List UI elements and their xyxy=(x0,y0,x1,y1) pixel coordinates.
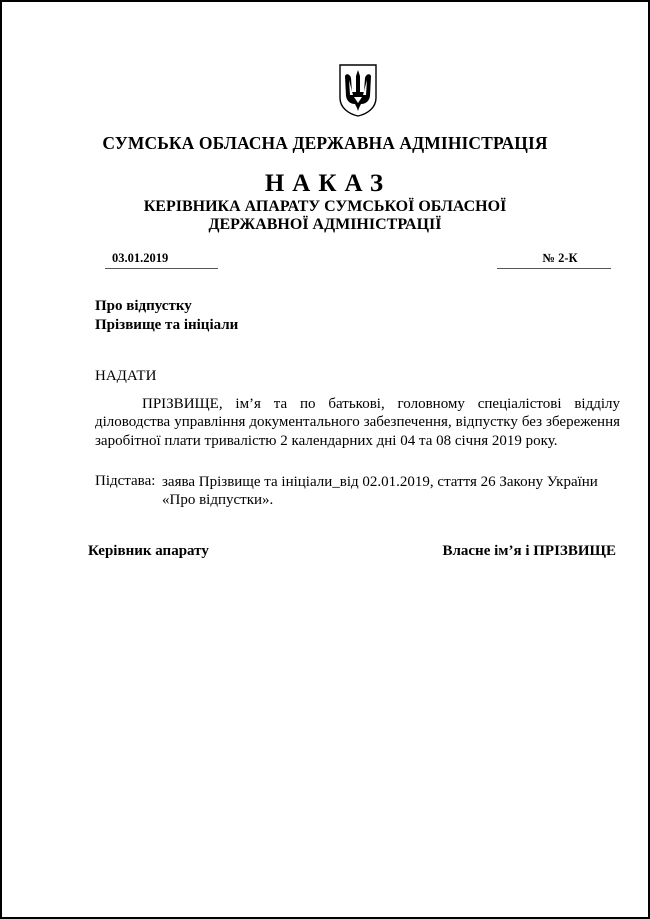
date-field: 03.01.2019 xyxy=(105,251,218,269)
document-page: СУМСЬКА ОБЛАСНА ДЕРЖАВНА АДМІНІСТРАЦІЯ Н… xyxy=(0,0,650,919)
trident-emblem-icon xyxy=(337,62,379,118)
basis-text: заява Прізвище та ініціали_від 02.01.201… xyxy=(162,473,621,510)
basis-label: Підстава: xyxy=(95,473,155,490)
document-type-title: НАКАЗ xyxy=(2,170,648,198)
organization-title: СУМСЬКА ОБЛАСНА ДЕРЖАВНА АДМІНІСТРАЦІЯ xyxy=(2,133,648,154)
signatory-role: Керівник апарату xyxy=(88,543,209,560)
subject-line-1: Про відпустку xyxy=(95,298,192,315)
order-paragraph: ПРІЗВИЩЕ, ім’я та по батькові, головному… xyxy=(95,395,620,450)
document-date: 03.01.2019 xyxy=(112,251,168,266)
number-field: № 2-К xyxy=(497,251,611,269)
document-number: № 2-К xyxy=(497,251,611,266)
issuer-line-2: ДЕРЖАВНОЇ АДМІНІСТРАЦІЇ xyxy=(2,216,648,234)
signatory-name: Власне ім’я і ПРІЗВИЩЕ xyxy=(442,543,616,560)
issuer-line-1: КЕРІВНИКА АПАРАТУ СУМСЬКОЇ ОБЛАСНОЇ xyxy=(2,198,648,216)
order-verb: НАДАТИ xyxy=(95,368,156,385)
subject-line-2: Прізвище та ініціали xyxy=(95,317,238,334)
